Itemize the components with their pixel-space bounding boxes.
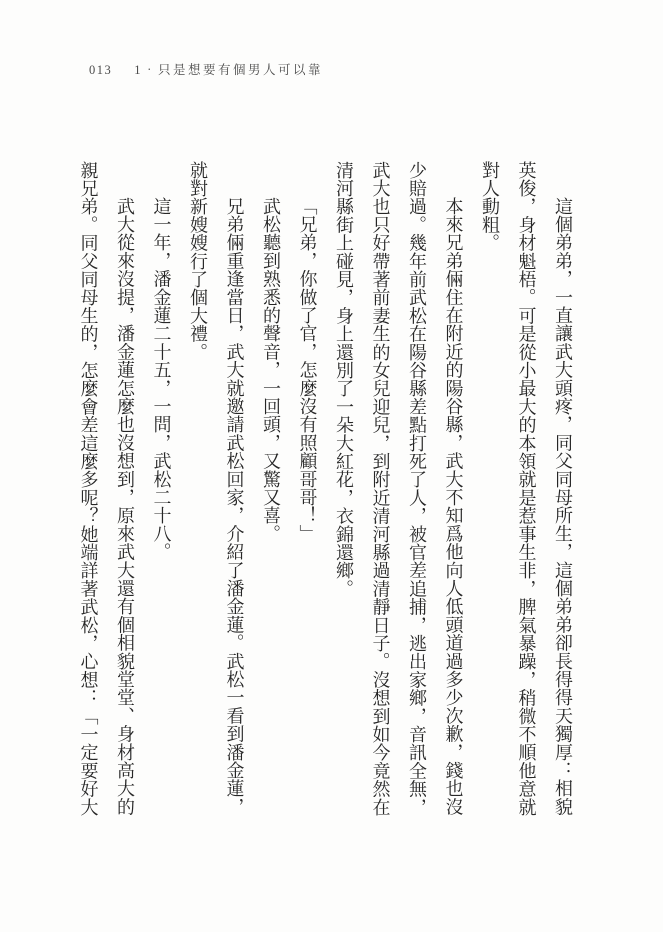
page-number: 013 xyxy=(89,63,112,78)
running-header: 013 1‧只是想要有個男人可以靠 xyxy=(89,60,323,78)
paragraph: 武大從來沒提，潘金蓮怎麼也沒想到，原來武大還有個相貌堂堂、身材高大的親兄弟。同父… xyxy=(70,161,143,823)
body-text: 這個弟弟，一直讓武大頭疼，同父同母所生，這個弟弟卻長得得天獨厚：相貌英俊，身材魁… xyxy=(70,161,581,823)
paragraph: 本來兄弟倆住在附近的陽谷縣，武大不知爲他向人低頭道過多少次歉，錢也沒少賠過。幾年… xyxy=(326,161,472,823)
paragraph: 兄弟倆重逢當日，武大就邀請武松回家，介紹了潘金蓮。武松一看到潘金蓮，就對新嫂嫂行… xyxy=(180,161,253,823)
paragraph: 「兄弟，你做了官，怎麼沒有照顧哥哥！」 xyxy=(289,161,326,823)
chapter-title: 1‧只是想要有個男人可以靠 xyxy=(134,60,323,78)
paragraph: 武松聽到熟悉的聲音，一回頭，又驚又喜。 xyxy=(253,161,290,823)
book-page: 013 1‧只是想要有個男人可以靠 這個弟弟，一直讓武大頭疼，同父同母所生，這個… xyxy=(0,0,663,932)
paragraph: 這一年，潘金蓮二十五，一問，武松二十八。 xyxy=(143,161,180,823)
paragraph: 這個弟弟，一直讓武大頭疼，同父同母所生，這個弟弟卻長得得天獨厚：相貌英俊，身材魁… xyxy=(472,161,582,823)
